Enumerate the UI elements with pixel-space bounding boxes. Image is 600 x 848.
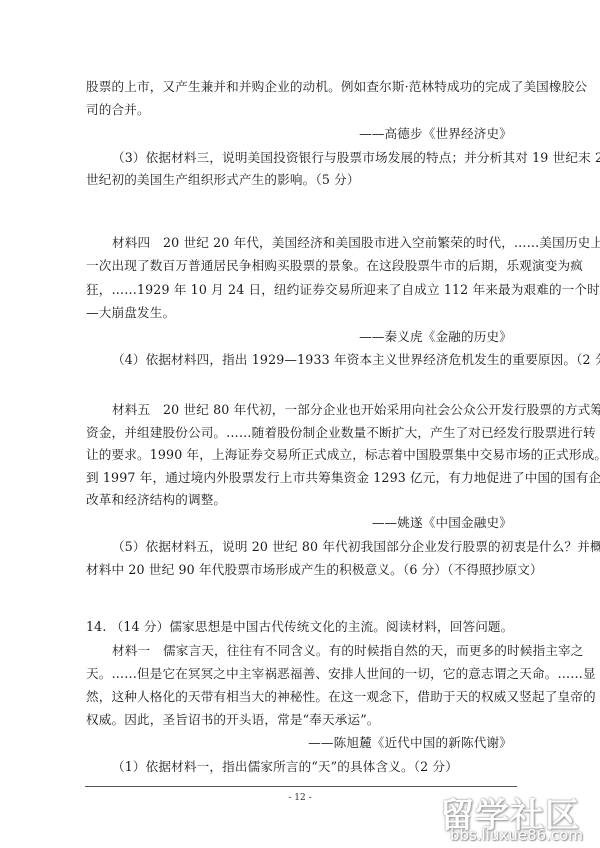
footer-divider xyxy=(85,786,517,787)
question4-line-1: （4）依据材料四，指出 1929—1933 年资本主义世界经济危机发生的重要原因… xyxy=(112,352,518,368)
question3-line-2: 世纪初的美国生产组织形式产生的影响。（5 分） xyxy=(86,172,518,188)
material4-line-1: 材料四 20 世纪 20 年代，美国经济和美国股市进入空前繁荣的时代，……美国历… xyxy=(112,235,518,251)
question5-line-1: （5）依据材料五，说明 20 世纪 80 年代初我国部分企业发行股票的初衷是什么… xyxy=(112,539,518,555)
material5-line-2: 资金，并组建股份公司。……随着股份制企业数量不断扩大，产生了对已经发行股票进行转 xyxy=(86,425,518,441)
material4-line-3: 狂，……1929 年 10 月 24 日，纽约证券交易所迎来了自成立 112 年… xyxy=(86,282,518,298)
material4-line-2: 一次出现了数百万普通居民争相购买股票的景象。在这段股票牛市的后期，乐观演变为疯 xyxy=(86,258,518,274)
material5-line-4: 到 1997 年，通过境内外股票发行上市共筹集资金 1293 亿元，有力地促进了… xyxy=(86,470,518,486)
q14-material1-line-3: 然，这种人格化的天带有相当大的神秘性。在这一观念下，借助于天的权威又竖起了皇帝的 xyxy=(86,689,518,705)
q14-material1-line-4: 权威。因此，圣旨诏书的开头语，常是“奉天承运”。 xyxy=(86,712,518,728)
q14-material1-line-2: 天。……但是它在冥冥之中主宰祸恶福善、安排人世间的一切，它的意志谓之天命。……显 xyxy=(86,666,518,682)
q14-material1-line-1: 材料一 儒家言天，往往有不同含义。有的时候指自然的天，而更多的时候指主宰之 xyxy=(112,643,518,659)
material5-line-3: 让的要求。1990 年，上海证券交易所正式成立，标志着中国股票集中交易市场的正式… xyxy=(86,447,518,463)
material3-source: ——高德步《世界经济史》 xyxy=(359,126,512,142)
question3-line-1: （3）依据材料三，说明美国投资银行与股票市场发展的特点；并分析其对 19 世纪末… xyxy=(112,150,518,166)
material5-line-5: 改革和经济结构的调整。 xyxy=(86,492,518,508)
material3-line-1: 股票的上市，又产生兼并和并购企业的动机。例如查尔斯·范林特成功的完成了美国橡胶公 xyxy=(86,79,518,95)
question14-header: 14. （14 分）儒家思想是中国古代传统文化的主流。阅读材料，回答问题。 xyxy=(86,619,518,635)
material4-source: ——秦义虎《金融的历史》 xyxy=(359,329,512,345)
material5-line-1: 材料五 20 世纪 80 年代初，一部分企业也开始采用向社会公众公开发行股票的方… xyxy=(112,402,518,418)
watermark-url: bbs.liuxue86.com xyxy=(450,826,583,844)
watermark: 留学社区 bbs.liuxue86.com xyxy=(440,788,600,848)
q14-material1-source: ——陈旭麓《近代中国的新陈代谢》 xyxy=(308,735,512,751)
material5-source: ——姚遂《中国金融史》 xyxy=(372,515,512,531)
q14-subquestion-1: （1）依据材料一，指出儒家所言的“天”的具体含义。（2 分） xyxy=(112,759,518,775)
material3-line-2: 司的合并。 xyxy=(86,102,518,118)
material4-line-4: —大崩盘发生。 xyxy=(86,305,518,321)
question5-line-2: 材料中 20 世纪 90 年代股票市场形成产生的积极意义。（6 分）（不得照抄原… xyxy=(86,562,518,578)
